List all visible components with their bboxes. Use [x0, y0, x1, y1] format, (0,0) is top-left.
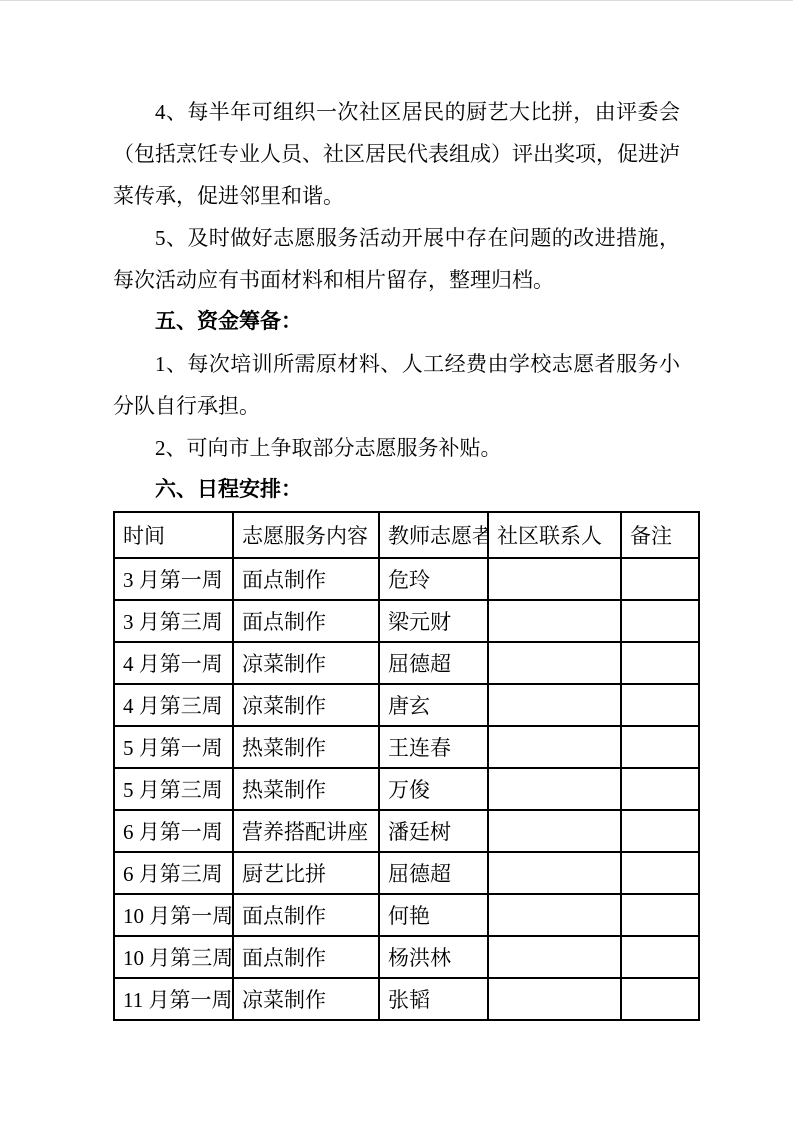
table-header-time: 时间 [114, 512, 233, 558]
table-row: 4 月第一周 凉菜制作 屈德超 [114, 642, 699, 684]
table-row: 4 月第三周 凉菜制作 唐玄 [114, 684, 699, 726]
cell-note [621, 726, 699, 768]
funding-item-2: 2、可向市上争取部分志愿服务补贴。 [113, 427, 680, 469]
table-row: 3 月第三周 面点制作 梁元财 [114, 600, 699, 642]
table-row: 10 月第一周 面点制作 何艳 [114, 894, 699, 936]
cell-teacher: 杨洪林 [379, 936, 488, 978]
cell-teacher: 万俊 [379, 768, 488, 810]
cell-service: 面点制作 [233, 600, 379, 642]
cell-note [621, 642, 699, 684]
table-header-service: 志愿服务内容 [233, 512, 379, 558]
cell-service: 凉菜制作 [233, 684, 379, 726]
cell-note [621, 558, 699, 600]
cell-service: 面点制作 [233, 558, 379, 600]
cell-service: 热菜制作 [233, 726, 379, 768]
table-header-community-contact: 社区联系人 [488, 512, 621, 558]
cell-community-contact [488, 936, 621, 978]
cell-service: 面点制作 [233, 894, 379, 936]
cell-service: 厨艺比拼 [233, 852, 379, 894]
cell-note [621, 936, 699, 978]
funding-item-1: 1、每次培训所需原材料、人工经费由学校志愿者服务小分队自行承担。 [113, 343, 680, 427]
table-header-teacher: 教师志愿者 [379, 512, 488, 558]
table-header-row: 时间 志愿服务内容 教师志愿者 社区联系人 备注 [114, 512, 699, 558]
cell-community-contact [488, 558, 621, 600]
paragraph-item-5: 5、及时做好志愿服务活动开展中存在问题的改进措施，每次活动应有书面材料和相片留存… [113, 217, 680, 301]
cell-note [621, 768, 699, 810]
cell-community-contact [488, 894, 621, 936]
cell-service: 凉菜制作 [233, 642, 379, 684]
cell-teacher: 危玲 [379, 558, 488, 600]
cell-note [621, 852, 699, 894]
cell-note [621, 894, 699, 936]
cell-note [621, 978, 699, 1020]
cell-time: 10 月第三周 [114, 936, 233, 978]
cell-teacher: 何艳 [379, 894, 488, 936]
schedule-table: 时间 志愿服务内容 教师志愿者 社区联系人 备注 3 月第一周 面点制作 危玲 … [113, 511, 700, 1021]
table-header-note: 备注 [621, 512, 699, 558]
cell-service: 热菜制作 [233, 768, 379, 810]
cell-community-contact [488, 768, 621, 810]
cell-time: 4 月第一周 [114, 642, 233, 684]
cell-teacher: 张韬 [379, 978, 488, 1020]
cell-service: 营养搭配讲座 [233, 810, 379, 852]
table-row: 3 月第一周 面点制作 危玲 [114, 558, 699, 600]
section-heading-funding: 五、资金筹备： [113, 301, 680, 343]
cell-note [621, 600, 699, 642]
cell-time: 5 月第三周 [114, 768, 233, 810]
cell-community-contact [488, 684, 621, 726]
table-row: 5 月第三周 热菜制作 万俊 [114, 768, 699, 810]
cell-service: 凉菜制作 [233, 978, 379, 1020]
cell-teacher: 王连春 [379, 726, 488, 768]
section-heading-schedule: 六、日程安排： [113, 469, 680, 511]
cell-note [621, 684, 699, 726]
cell-time: 5 月第一周 [114, 726, 233, 768]
cell-note [621, 810, 699, 852]
cell-teacher: 梁元财 [379, 600, 488, 642]
cell-time: 11 月第一周 [114, 978, 233, 1020]
cell-time: 3 月第一周 [114, 558, 233, 600]
cell-time: 6 月第三周 [114, 852, 233, 894]
cell-community-contact [488, 642, 621, 684]
table-row: 10 月第三周 面点制作 杨洪林 [114, 936, 699, 978]
table-row: 5 月第一周 热菜制作 王连春 [114, 726, 699, 768]
cell-community-contact [488, 852, 621, 894]
cell-community-contact [488, 810, 621, 852]
document-page: 4、每半年可组织一次社区居民的厨艺大比拼，由评委会（包括烹饪专业人员、社区居民代… [0, 0, 793, 1122]
table-row: 6 月第三周 厨艺比拼 屈德超 [114, 852, 699, 894]
paragraph-item-4: 4、每半年可组织一次社区居民的厨艺大比拼，由评委会（包括烹饪专业人员、社区居民代… [113, 91, 680, 217]
cell-teacher: 唐玄 [379, 684, 488, 726]
cell-time: 4 月第三周 [114, 684, 233, 726]
table-row: 6 月第一周 营养搭配讲座 潘廷树 [114, 810, 699, 852]
cell-community-contact [488, 978, 621, 1020]
cell-time: 6 月第一周 [114, 810, 233, 852]
cell-time: 3 月第三周 [114, 600, 233, 642]
cell-service: 面点制作 [233, 936, 379, 978]
cell-community-contact [488, 600, 621, 642]
cell-teacher: 潘廷树 [379, 810, 488, 852]
cell-community-contact [488, 726, 621, 768]
cell-time: 10 月第一周 [114, 894, 233, 936]
cell-teacher: 屈德超 [379, 642, 488, 684]
table-row: 11 月第一周 凉菜制作 张韬 [114, 978, 699, 1020]
cell-teacher: 屈德超 [379, 852, 488, 894]
